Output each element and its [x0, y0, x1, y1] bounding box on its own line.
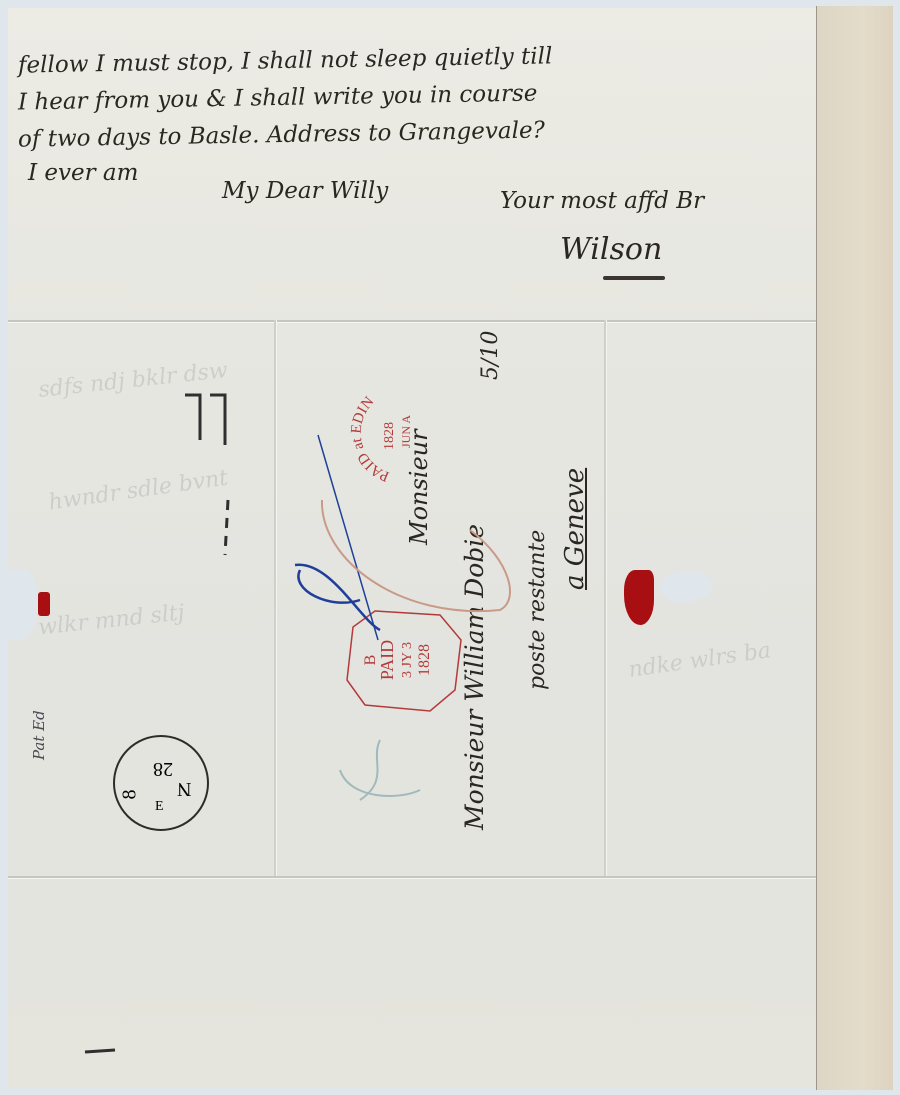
crayon-markings [0, 0, 900, 1095]
wax-seal-remnant [38, 592, 50, 616]
wax-seal-remnant [624, 570, 654, 625]
paper-tear [0, 570, 38, 640]
